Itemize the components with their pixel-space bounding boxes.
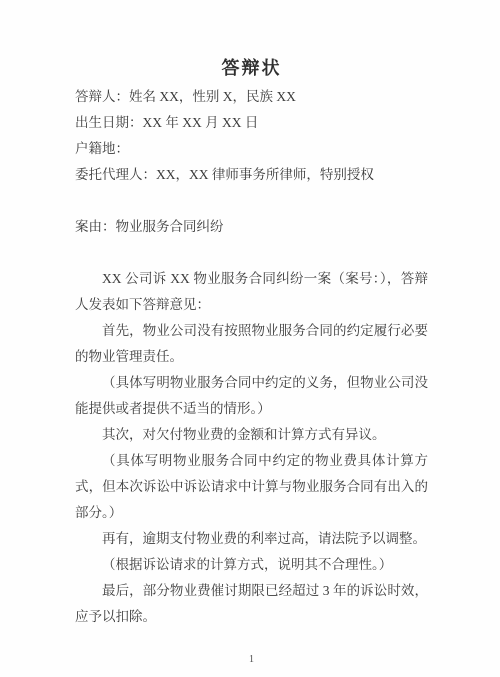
page-number: 1 bbox=[249, 654, 254, 665]
respondent-info-line: 户籍地： bbox=[75, 136, 428, 162]
defense-paragraph: 其次，对欠付物业费的金额和计算方式有异议。 bbox=[75, 422, 428, 448]
respondent-info-block: 答辩人：姓名 XX，性别 X，民族 XX 出生日期：XX 年 XX 月 XX 日… bbox=[75, 84, 428, 188]
document-title: 答辩状 bbox=[75, 52, 428, 84]
respondent-info-line: 委托代理人：XX，XX 律师事务所律师，特别授权 bbox=[75, 162, 428, 188]
defense-paragraph: （具体写明物业服务合同中约定的物业费具体计算方式，但本次诉讼中诉讼请求中计算与物… bbox=[75, 448, 428, 526]
defense-paragraph: XX 公司诉 XX 物业服务合同纠纷一案（案号：），答辩人发表如下答辩意见： bbox=[75, 266, 428, 318]
page-footer: 1 bbox=[75, 649, 428, 667]
respondent-info-line: 出生日期：XX 年 XX 月 XX 日 bbox=[75, 110, 428, 136]
respondent-info-line: 答辩人：姓名 XX，性别 X，民族 XX bbox=[75, 84, 428, 110]
defense-opinions-block: XX 公司诉 XX 物业服务合同纠纷一案（案号：），答辩人发表如下答辩意见： 首… bbox=[75, 266, 428, 630]
defense-paragraph: （根据诉讼请求的计算方式，说明其不合理性。） bbox=[75, 552, 428, 578]
defense-paragraph: （具体写明物业服务合同中约定的义务，但物业公司没能提供或者提供不适当的情形。） bbox=[75, 370, 428, 422]
document-page: 答辩状 答辩人：姓名 XX，性别 X，民族 XX 出生日期：XX 年 XX 月 … bbox=[0, 0, 500, 677]
defense-paragraph: 再有，逾期支付物业费的利率过高，请法院予以调整。 bbox=[75, 526, 428, 552]
defense-paragraph: 最后，部分物业费催讨期限已经超过 3 年的诉讼时效，应予以扣除。 bbox=[75, 578, 428, 630]
defense-paragraph: 首先，物业公司没有按照物业服务合同的约定履行必要的物业管理责任。 bbox=[75, 318, 428, 370]
case-cause-line: 案由：物业服务合同纠纷 bbox=[75, 214, 428, 240]
